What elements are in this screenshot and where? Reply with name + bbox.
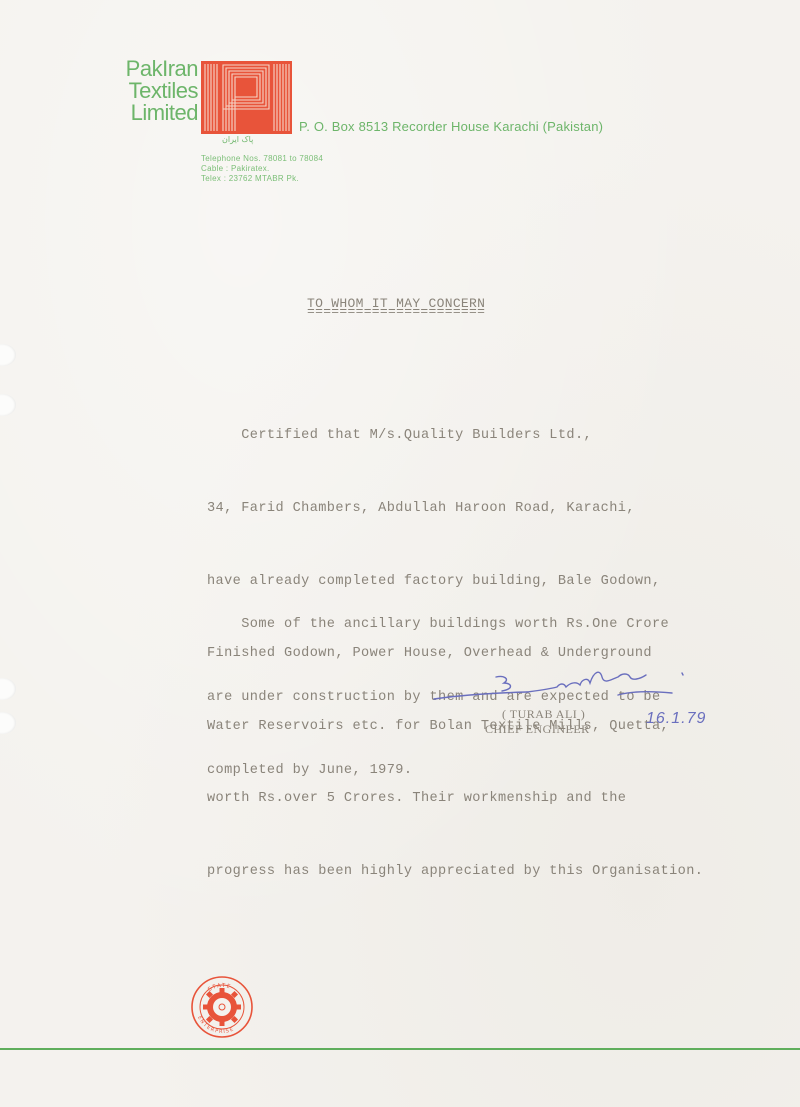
- text-line: Some of the ancillary buildings worth Rs…: [207, 613, 669, 637]
- text-line: progress has been highly appreciated by …: [207, 860, 703, 884]
- text-line: 34, Farid Chambers, Abdullah Haroon Road…: [207, 497, 703, 521]
- signatory-block: ( TURAB ALI ) CHIEF ENGINEER: [488, 707, 590, 737]
- company-logo-icon: [201, 61, 292, 134]
- cable-address: Cable : Pakiratex.: [201, 164, 323, 174]
- footer-rule: [0, 1048, 800, 1050]
- company-address: P. O. Box 8513 Recorder House Karachi (P…: [299, 119, 603, 134]
- company-name-line: Limited: [116, 102, 198, 124]
- heading-underline: ======================: [307, 308, 485, 316]
- company-name-line: Textiles: [116, 80, 198, 102]
- text-line: completed by June, 1979.: [207, 759, 669, 783]
- punch-hole: [0, 394, 16, 416]
- telex-number: Telex : 23762 MTABR Pk.: [201, 174, 323, 184]
- signatory-title: CHIEF ENGINEER: [485, 722, 590, 737]
- contact-details: Telephone Nos. 78081 to 78084 Cable : Pa…: [201, 154, 323, 184]
- text-line: Certified that M/s.Quality Builders Ltd.…: [207, 424, 703, 448]
- punch-hole: [0, 712, 16, 734]
- state-enterprise-seal-icon: STATE ENTERPRISE: [190, 975, 254, 1044]
- handwritten-date: 16.1.79: [646, 710, 706, 728]
- urdu-tagline: پاک ایران: [222, 135, 253, 144]
- signatory-name: ( TURAB ALI ): [488, 707, 590, 722]
- company-name-line: PakIran: [116, 58, 198, 80]
- telephone-numbers: Telephone Nos. 78081 to 78084: [201, 154, 323, 164]
- punch-hole: [0, 678, 16, 700]
- company-name: PakIran Textiles Limited: [116, 58, 198, 124]
- punch-hole: [0, 344, 16, 366]
